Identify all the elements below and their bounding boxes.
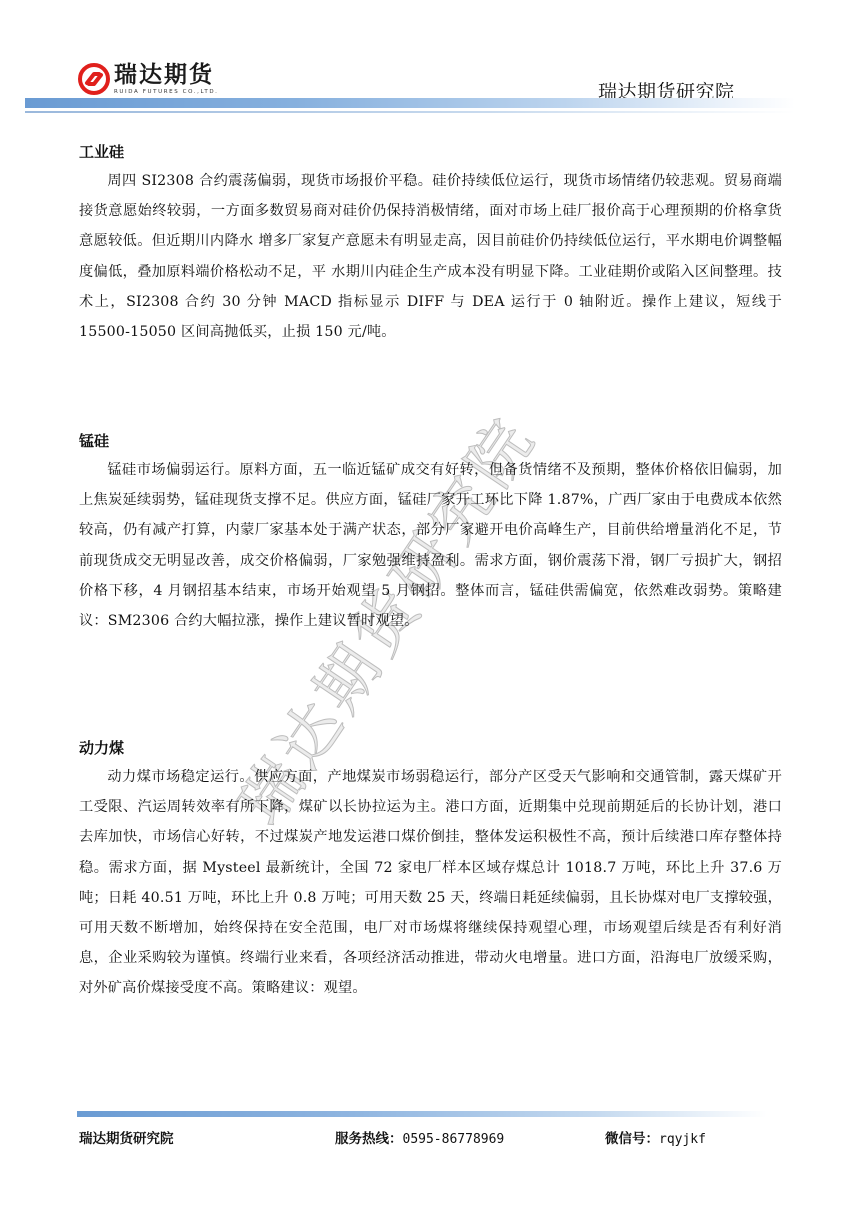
logo-chinese-name: 瑞达期货	[114, 62, 219, 88]
section-body: 动力煤市场稳定运行。供应方面，产地煤炭市场弱稳运行，部分产区受天气影响和交通管制…	[79, 762, 782, 1004]
section-silicomanganese: 锰硅 锰硅市场偏弱运行。原料方面，五一临近锰矿成交有好转，但备货情绪不及预期，整…	[79, 429, 782, 636]
hotline-label: 服务热线：	[335, 1131, 403, 1147]
logo-english-name: RUIDA FUTURES CO.,LTD.	[114, 89, 219, 96]
company-logo: 瑞达期货 RUIDA FUTURES CO.,LTD.	[78, 62, 219, 96]
hotline-number: 0595-86778969	[403, 1132, 505, 1147]
section-thermal-coal: 动力煤 动力煤市场稳定运行。供应方面，产地煤炭市场弱稳运行，部分产区受天气影响和…	[79, 736, 782, 1004]
section-body: 周四 SI2308 合约震荡偏弱，现货市场报价平稳。硅价持续低位运行，现货市场情…	[79, 166, 782, 347]
footer-divider-bar	[77, 1111, 767, 1117]
header-divider-bar	[25, 98, 795, 108]
section-title: 动力煤	[79, 736, 782, 760]
section-title: 工业硅	[79, 140, 782, 164]
wechat-id: rqyjkf	[659, 1132, 706, 1147]
section-industrial-silicon: 工业硅 周四 SI2308 合约震荡偏弱，现货市场报价平稳。硅价持续低位运行，现…	[79, 140, 782, 347]
page-header: 瑞达期货 RUIDA FUTURES CO.,LTD. 瑞达期货研究院	[0, 0, 860, 120]
header-divider-line	[25, 111, 795, 113]
footer-hotline: 服务热线：0595-86778969	[335, 1127, 504, 1147]
footer-wechat: 微信号：rqyjkf	[605, 1127, 706, 1147]
wechat-label: 微信号：	[605, 1131, 659, 1147]
ruida-logo-icon	[78, 63, 110, 95]
section-title: 锰硅	[79, 429, 782, 453]
footer-institute-name: 瑞达期货研究院	[79, 1127, 174, 1147]
section-body: 锰硅市场偏弱运行。原料方面，五一临近锰矿成交有好转，但备货情绪不及预期，整体价格…	[79, 455, 782, 636]
